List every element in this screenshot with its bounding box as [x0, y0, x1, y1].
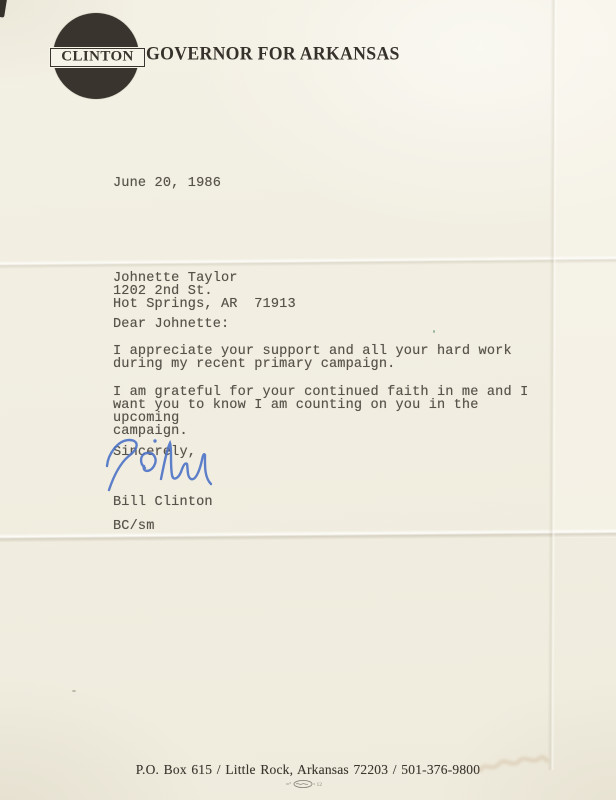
signed-name: Bill Clinton — [113, 496, 553, 509]
logo-banner: CLINTON — [49, 47, 146, 68]
union-printing-label-icon: 12 — [284, 779, 326, 789]
paper-speck — [72, 690, 76, 692]
footer-contact-line: P.O. Box 615 / Little Rock, Arkansas 722… — [0, 762, 616, 778]
letterhead-title: GOVERNOR FOR ARKANSAS — [146, 44, 400, 66]
closing: Sincerely, — [113, 446, 553, 459]
reference-initials: BC/sm — [113, 520, 553, 533]
body-paragraph: I am grateful for your continued faith i… — [113, 386, 553, 438]
logo-banner-border: CLINTON — [50, 48, 145, 67]
salutation: Dear Johnette: — [113, 318, 553, 331]
scanned-letter-page: CLINTON GOVERNOR FOR ARKANSAS June 20, 1… — [0, 0, 616, 800]
scan-edge-artifact — [0, 0, 8, 18]
letter-date: June 20, 1986 — [113, 177, 553, 190]
union-label-number: 12 — [317, 782, 323, 788]
recipient-city: Hot Springs, AR 71913 — [113, 298, 553, 311]
letter-body: June 20, 1986 Johnette Taylor 1202 2nd S… — [113, 177, 553, 533]
fold-panel-highlight — [554, 0, 616, 538]
logo-text: CLINTON — [61, 50, 134, 65]
body-paragraph: I appreciate your support and all your h… — [113, 345, 553, 371]
paper-speck — [433, 330, 435, 333]
